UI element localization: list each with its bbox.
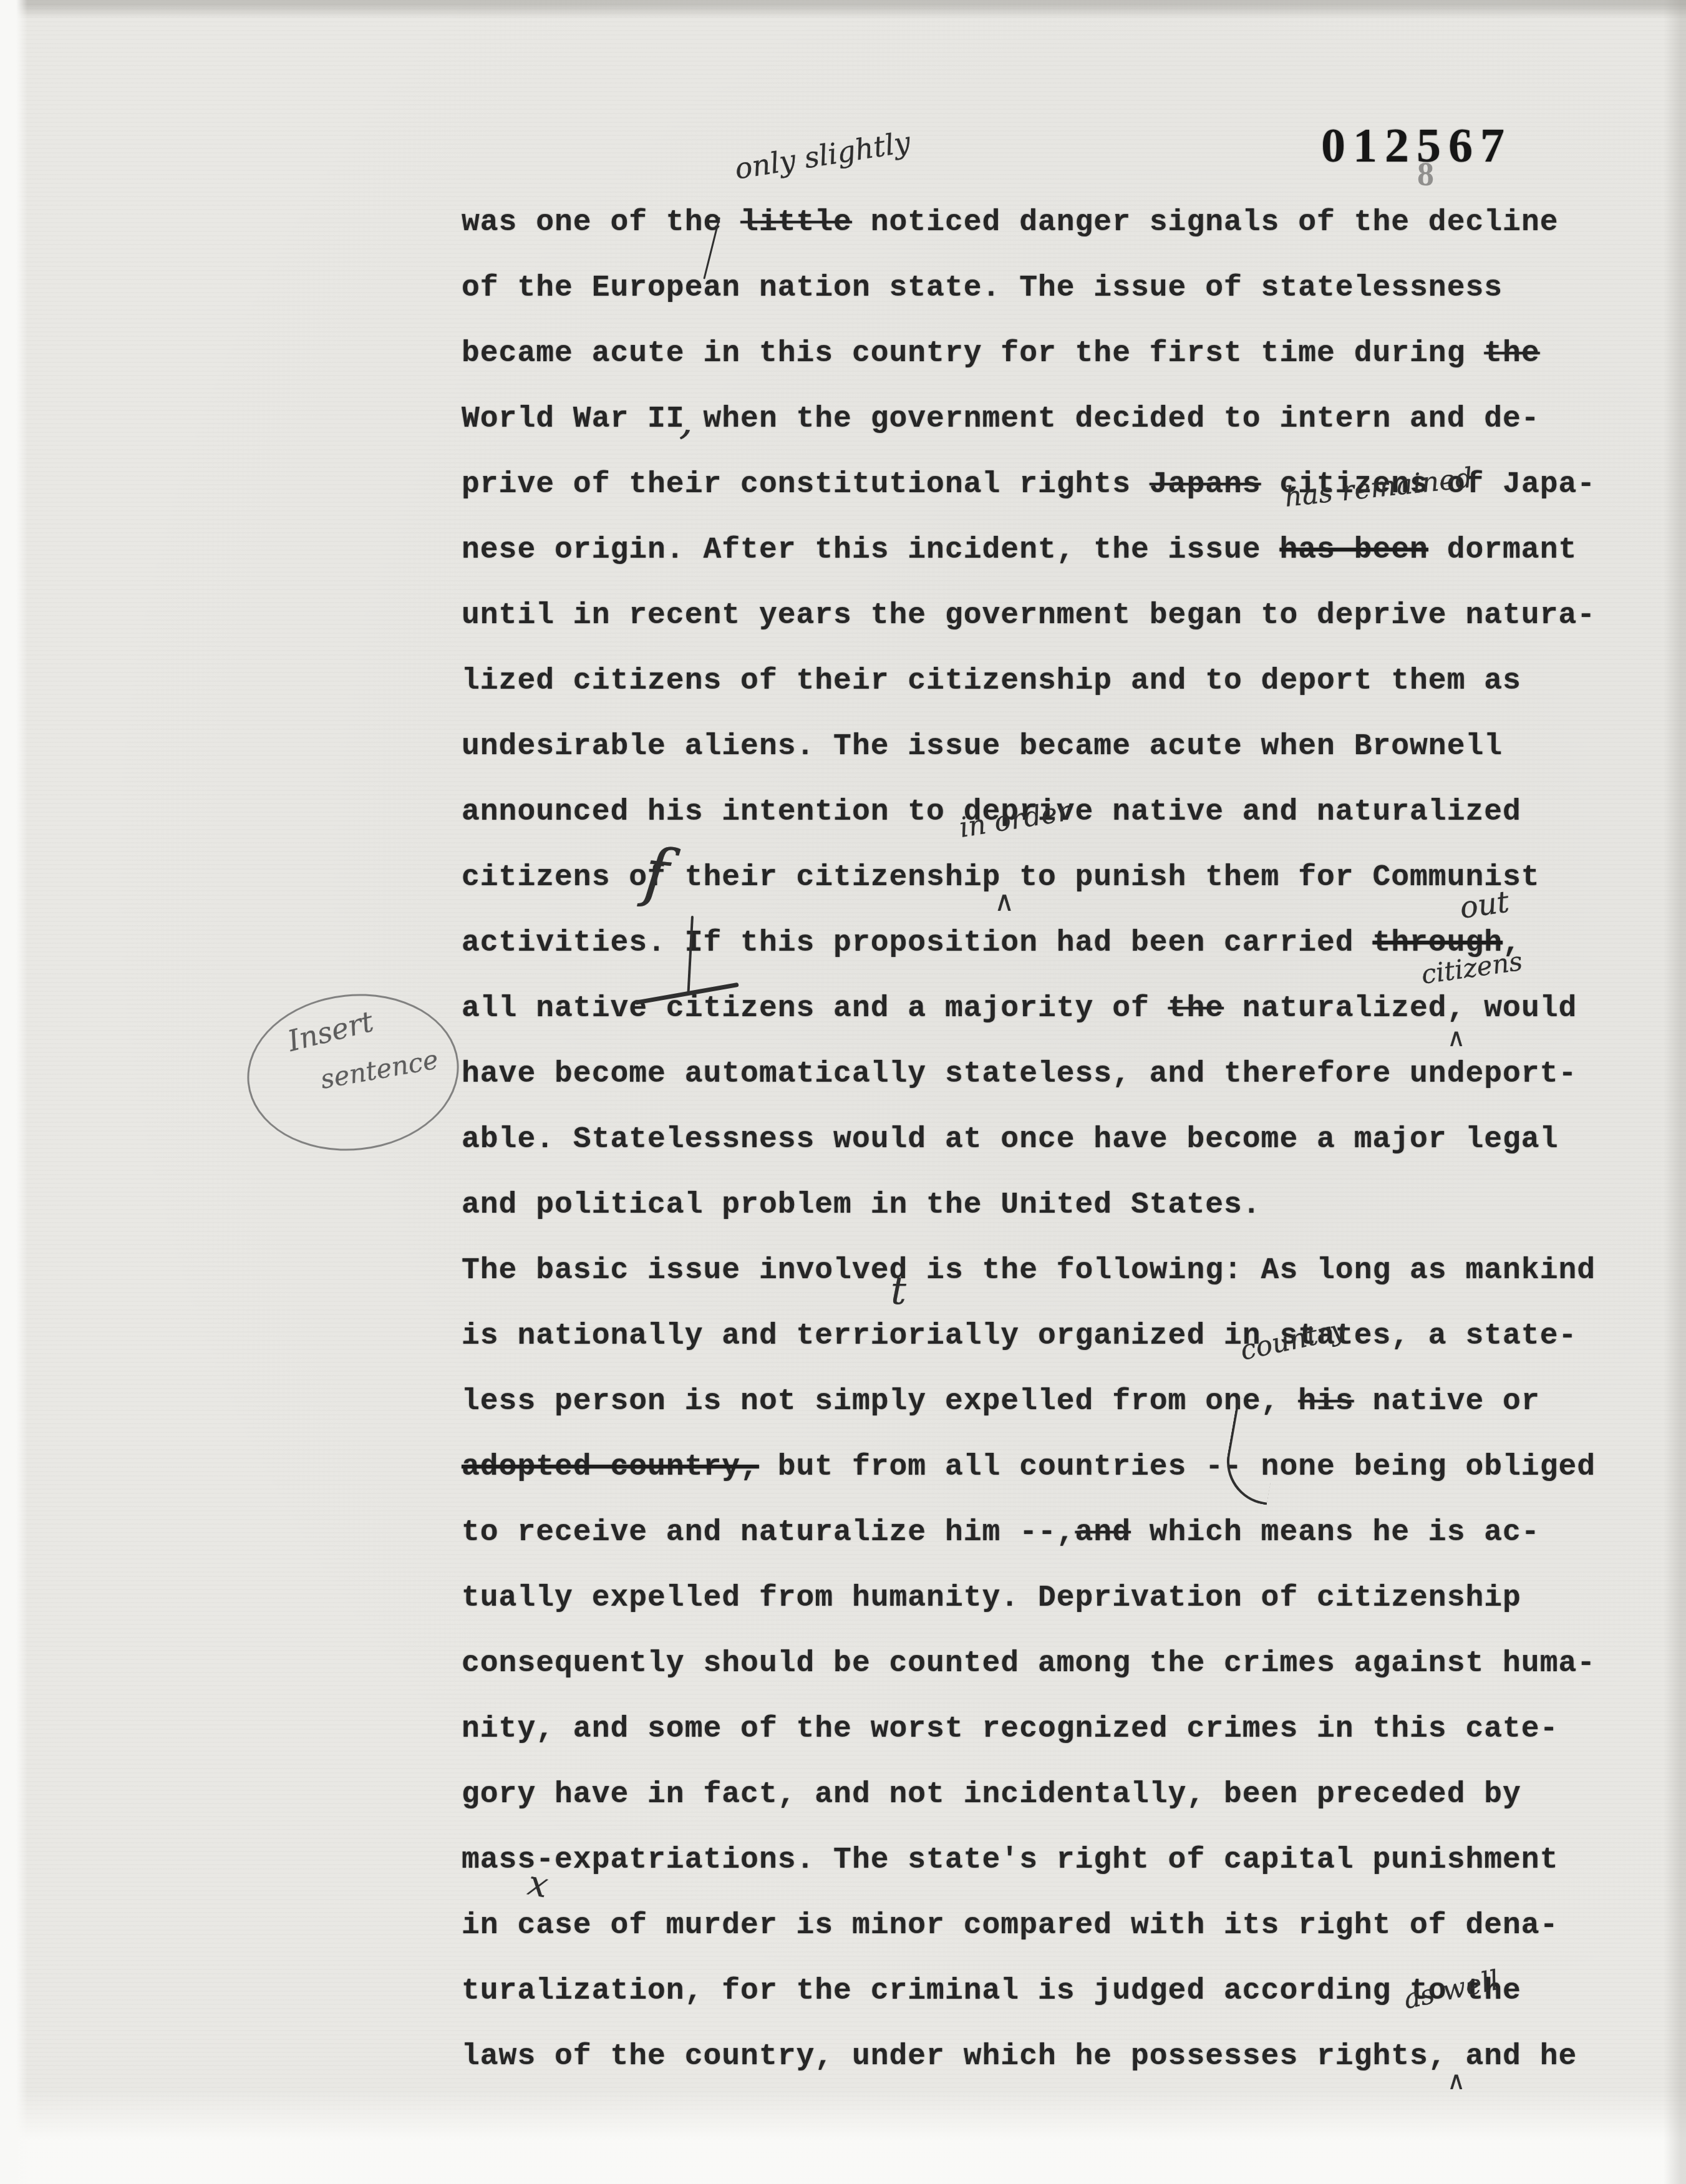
typed-line: lized citizens of their citizenship and … (462, 664, 1521, 698)
typed-line: World War II when the government decided… (462, 402, 1540, 436)
typed-line: The basic issue involved is the followin… (462, 1254, 1596, 1288)
typed-text: all native citizens and a majority of (462, 992, 1168, 1026)
typed-text: was one of the (462, 206, 740, 240)
struck-text: his (1298, 1385, 1354, 1419)
typed-line: undesirable aliens. The issue became acu… (462, 730, 1503, 764)
typed-line: nity, and some of the worst recognized c… (462, 1712, 1558, 1746)
typed-line: nese origin. After this incident, the is… (462, 533, 1577, 567)
typed-text: nity, and some of the worst recognized c… (462, 1712, 1558, 1746)
struck-text: the (1168, 992, 1224, 1026)
typed-line: able. Statelessness would at once have b… (462, 1123, 1558, 1157)
typed-line: less person is not simply expelled from … (462, 1385, 1540, 1419)
typed-line: in case of murder is minor compared with… (462, 1909, 1558, 1943)
typed-line: adopted country, but from all countries … (462, 1450, 1596, 1484)
handwritten-note: t (891, 1271, 906, 1310)
typed-text: native or (1354, 1385, 1540, 1419)
handwritten-note: ∧ (994, 888, 1014, 916)
typed-line: mass-expatriations. The state's right of… (462, 1843, 1558, 1877)
typed-text: of the European nation state. The issue … (462, 271, 1503, 305)
handwritten-note: ∧ (1447, 1026, 1465, 1051)
struck-text: has been (1279, 533, 1428, 567)
typed-line: and political problem in the United Stat… (462, 1188, 1261, 1222)
typed-text: until in recent years the government beg… (462, 599, 1596, 633)
typed-text: less person is not simply expelled from … (462, 1385, 1298, 1419)
typed-text: have become automatically stateless, and… (462, 1057, 1577, 1091)
typed-line: turalization, for the criminal is judged… (462, 1974, 1521, 2008)
struck-text: adopted country, (462, 1450, 759, 1484)
typed-text: mass-expatriations. The state's right of… (462, 1843, 1558, 1877)
typed-text: gory have in fact, and not incidentally,… (462, 1778, 1521, 1812)
handwritten-note: out (1458, 886, 1511, 923)
typed-text: undesirable aliens. The issue became acu… (462, 730, 1503, 764)
typed-text: noticed danger signals of the decline (852, 206, 1559, 240)
typed-text: World War II when the government decided… (462, 402, 1540, 436)
typed-line: tually expelled from humanity. Deprivati… (462, 1581, 1521, 1615)
typed-line: of the European nation state. The issue … (462, 271, 1503, 305)
typed-text: naturalized, would (1224, 992, 1577, 1026)
typed-line: gory have in fact, and not incidentally,… (462, 1778, 1521, 1812)
typed-text: lized citizens of their citizenship and … (462, 664, 1521, 698)
struck-text: little (740, 206, 852, 240)
typed-line: consequently should be counted among the… (462, 1647, 1596, 1681)
typed-text: is nationally and terriorially organized… (462, 1319, 1577, 1353)
typed-text: nese origin. After this incident, the is… (462, 533, 1279, 567)
typed-line: all native citizens and a majority of th… (462, 992, 1577, 1026)
struck-text: Japans (1150, 468, 1261, 502)
typed-text: became acute in this country for the fir… (462, 337, 1484, 371)
typed-line: laws of the country, under which he poss… (462, 2040, 1577, 2074)
typed-line: was one of the little noticed danger sig… (462, 206, 1558, 240)
typed-line: until in recent years the government beg… (462, 599, 1596, 633)
typed-line: activities. If this proposition had been… (462, 926, 1521, 960)
typed-text: and political problem in the United Stat… (462, 1188, 1261, 1222)
typed-text: turalization, for the criminal is judged… (462, 1974, 1521, 2008)
struck-text: and (1075, 1516, 1131, 1550)
typed-line: to receive and naturalize him --,and whi… (462, 1516, 1540, 1550)
typed-text: The basic issue involved is the followin… (462, 1254, 1596, 1288)
typed-text: consequently should be counted among the… (462, 1647, 1596, 1681)
typed-text: able. Statelessness would at once have b… (462, 1123, 1558, 1157)
typed-text: prive of their constitutional rights (462, 468, 1150, 502)
handwritten-note: ∧ (1447, 2069, 1465, 2094)
typed-line: have become automatically stateless, and… (462, 1057, 1577, 1091)
typed-text: tually expelled from humanity. Deprivati… (462, 1581, 1521, 1615)
typed-line: is nationally and terriorially organized… (462, 1319, 1577, 1353)
typed-text: but from all countries -- none being obl… (759, 1450, 1596, 1484)
typed-text: which means he is ac- (1131, 1516, 1540, 1550)
document-page: 012567 8 was one of the little noticed d… (0, 0, 1686, 2184)
typed-text: activities. If this proposition had been… (462, 926, 1372, 960)
typed-text: laws of the country, under which he poss… (462, 2040, 1577, 2074)
struck-text: the (1484, 337, 1539, 371)
typed-line: became acute in this country for the fir… (462, 337, 1540, 371)
typed-text: dormant (1428, 533, 1577, 567)
typed-text: to receive and naturalize him --, (462, 1516, 1075, 1550)
typed-text: in case of murder is minor compared with… (462, 1909, 1558, 1943)
